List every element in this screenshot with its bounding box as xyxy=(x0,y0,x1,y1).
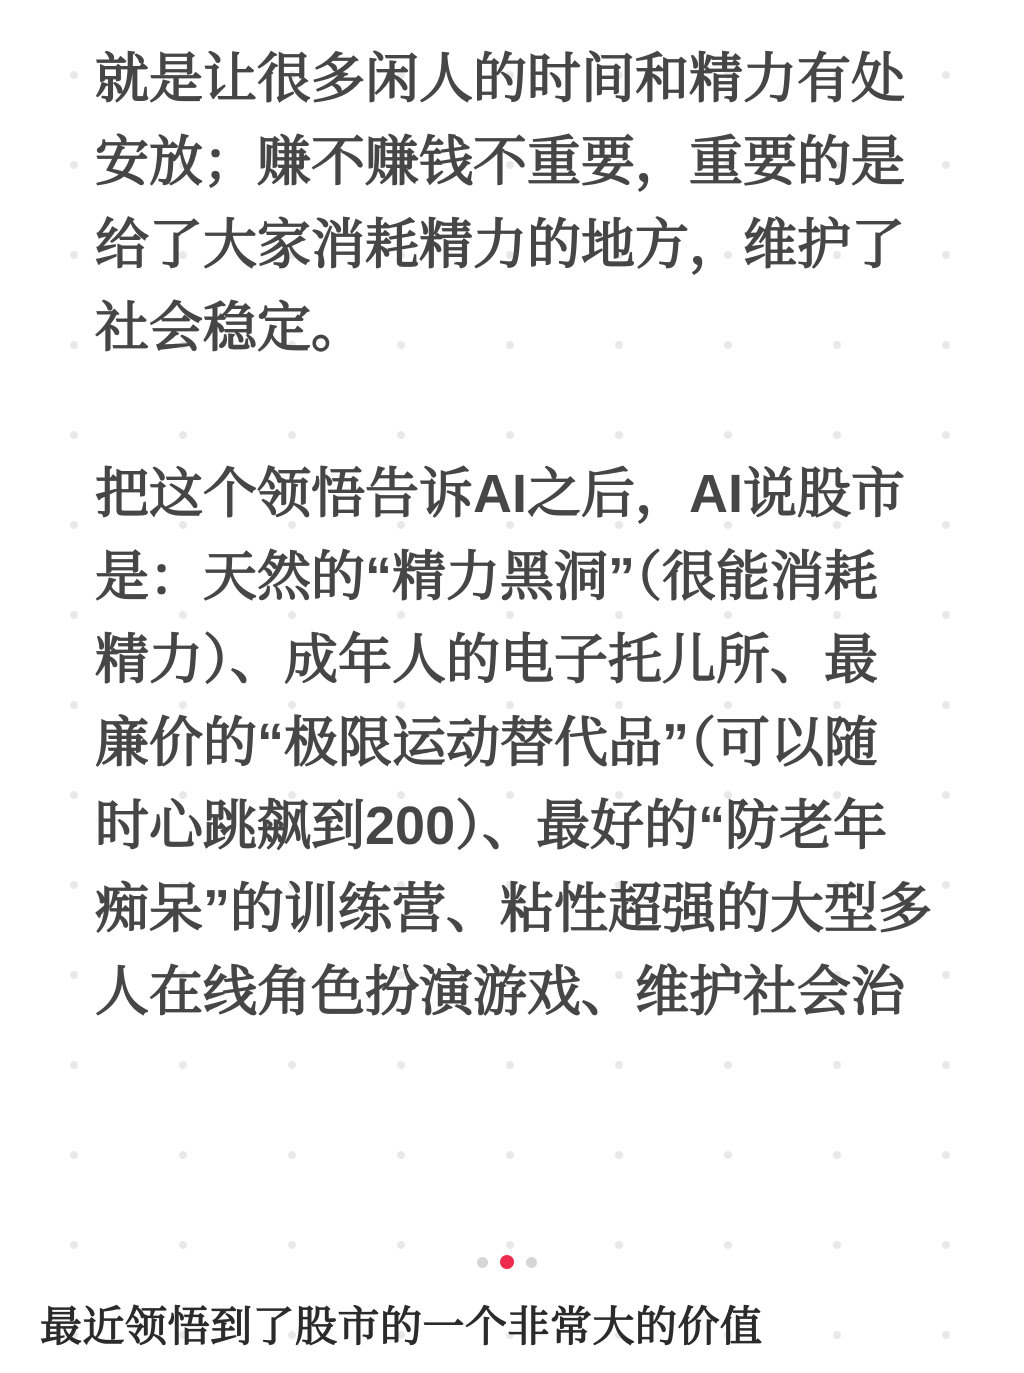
paragraph-2: 把这个领悟告诉AI之后，AI说股市 是：天然的“精力黑洞”（很能消耗 精力）、成… xyxy=(95,453,935,1034)
text-line: 精力）、成年人的电子托儿所、最 xyxy=(95,619,935,702)
text-line: 给了大家消耗精力的地方，维护了 xyxy=(95,204,935,287)
post-caption: 最近领悟到了股市的一个非常大的价值 xyxy=(40,1298,763,1356)
carousel-dot[interactable] xyxy=(477,1257,488,1268)
text-line: 时心跳飙到200）、最好的“防老年 xyxy=(95,785,935,868)
post-body-text: 就是让很多闲人的时间和精力有处 安放；赚不赚钱不重要，重要的是 给了大家消耗精力… xyxy=(95,38,935,1034)
text-line: 安放；赚不赚钱不重要，重要的是 xyxy=(95,121,935,204)
text-line: 痴呆”的训练营、粘性超强的大型多 xyxy=(95,868,935,951)
text-line: 社会稳定。 xyxy=(95,287,935,370)
paragraph-1: 就是让很多闲人的时间和精力有处 安放；赚不赚钱不重要，重要的是 给了大家消耗精力… xyxy=(95,38,935,370)
text-line: 人在线角色扮演游戏、维护社会治 xyxy=(95,951,935,1034)
carousel-dot[interactable] xyxy=(526,1257,537,1268)
carousel-pagination-dots[interactable] xyxy=(477,1254,537,1270)
text-line: 廉价的“极限运动替代品”（可以随 xyxy=(95,702,935,785)
carousel-dot[interactable] xyxy=(500,1255,514,1269)
text-line: 把这个领悟告诉AI之后，AI说股市 xyxy=(95,453,935,536)
text-line: 是：天然的“精力黑洞”（很能消耗 xyxy=(95,536,935,619)
text-line: 就是让很多闲人的时间和精力有处 xyxy=(95,38,935,121)
